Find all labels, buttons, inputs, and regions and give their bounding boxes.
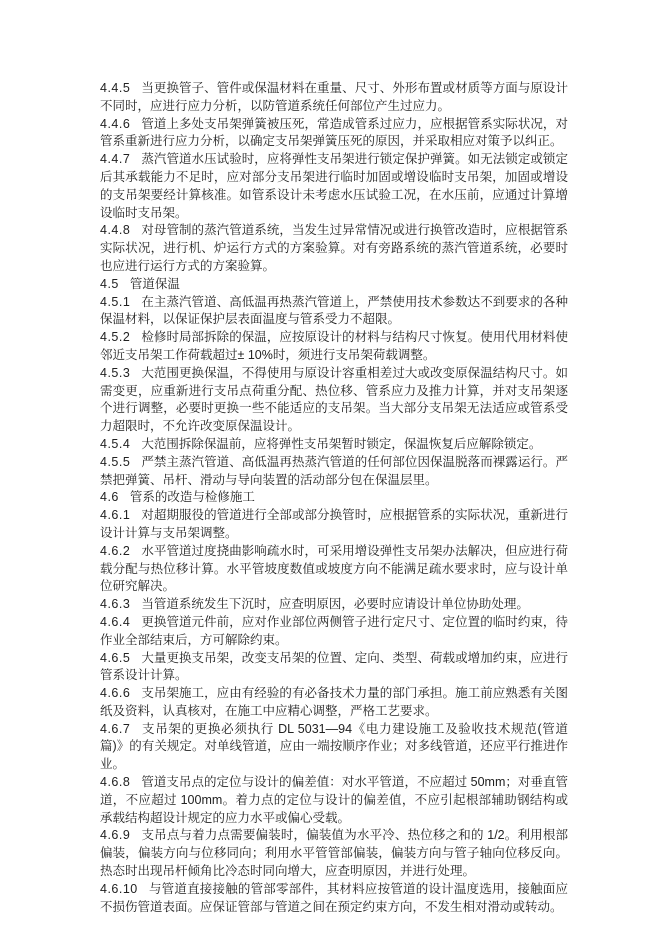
clause-4-6-6: 4.6.6支吊架施工，应由有经验的有必备技术力量的部门承担。施工前应熟悉有关图纸… (100, 685, 568, 721)
clause-text: 管道支吊点的定位与设计的偏差值：对水平管道，不应超过 50mm；对垂直管道，不应… (100, 775, 568, 825)
clause-text: 严禁主蒸汽管道、高低温再热蒸汽管道的任何部位因保温脱落而裸露运行。严禁把弹簧、吊… (100, 455, 568, 487)
clause-4-5-4: 4.5.4大范围拆除保温前，应将弹性支吊架暂时锁定，保温恢复后应解除锁定。 (100, 436, 568, 454)
clause-4-6-1: 4.6.1对超期服役的管道进行全部或部分换管时，应根据管系的实际状况，重新进行设… (100, 507, 568, 543)
clause-text: 在主蒸汽管道、高低温再热蒸汽管道上，严禁使用技术参数达不到要求的各种保温材料，以… (100, 295, 568, 327)
clause-text: 大量更换支吊架，改变支吊架的位置、定向、类型、荷载或增加约束，应进行管系设计计算… (100, 651, 568, 683)
clause-4-6-7: 4.6.7支吊架的更换必须执行 DL 5031—94《电力建设施工及验收技术规范… (100, 721, 568, 774)
clause-number: 4.6.3 (100, 596, 130, 614)
clause-4-6-2: 4.6.2水平管道过度挠曲影响疏水时，可采用增设弹性支吊架办法解决，但应进行荷载… (100, 543, 568, 596)
clause-text: 当管道系统发生下沉时，应查明原因，必要时应请设计单位协助处理。 (141, 597, 529, 611)
clause-text: 大范围更换保温，不得使用与原设计容重相差过大或改变原保温结构尺寸。如需变更，应重… (100, 366, 568, 433)
section-number: 4.6 (100, 489, 119, 507)
clause-4-6-5: 4.6.5大量更换支吊架，改变支吊架的位置、定向、类型、荷载或增加约束，应进行管… (100, 650, 568, 686)
clause-4-6-3: 4.6.3当管道系统发生下沉时，应查明原因，必要时应请设计单位协助处理。 (100, 596, 568, 614)
clause-text: 蒸汽管道水压试验时，应将弹性支吊架进行锁定保护弹簧。如无法锁定或锁定后其承载能力… (100, 152, 568, 219)
clause-4-6-10: 4.6.10与管道直接接触的管部零部件，其材料应按管道的设计温度选用，接触面应不… (100, 881, 568, 917)
clause-4-6-9: 4.6.9支吊点与着力点需要偏装时，偏装值为水平冷、热位移之和的 1/2。利用根… (100, 827, 568, 880)
clause-number: 4.6.2 (100, 543, 130, 561)
clause-number: 4.6.8 (100, 774, 130, 792)
clause-text: 支吊点与着力点需要偏装时，偏装值为水平冷、热位移之和的 1/2。利用根部偏装，偏… (100, 828, 568, 878)
clause-4-5-2: 4.5.2检修时局部拆除的保温，应按原设计的材料与结构尺寸恢复。使用代用材料使邻… (100, 329, 568, 365)
clause-text: 检修时局部拆除的保温，应按原设计的材料与结构尺寸恢复。使用代用材料使邻近支吊架工… (100, 330, 568, 362)
clause-4-5-3: 4.5.3大范围更换保温，不得使用与原设计容重相差过大或改变原保温结构尺寸。如需… (100, 365, 568, 436)
clause-4-4-5: 4.4.5当更换管子、管件或保温材料在重量、尺寸、外形布置或材质等方面与原设计不… (100, 80, 568, 116)
clause-text: 对母管制的蒸汽管道系统，当发生过异常情况或进行换管改造时，应根据管系实际状况，进… (100, 223, 568, 273)
clause-number: 4.4.6 (100, 116, 130, 134)
clause-number: 4.4.5 (100, 80, 130, 98)
clause-number: 4.6.6 (100, 685, 130, 703)
clause-4-6-8: 4.6.8管道支吊点的定位与设计的偏差值：对水平管道，不应超过 50mm；对垂直… (100, 774, 568, 827)
section-title: 管道保温 (130, 277, 180, 291)
clause-text: 与管道直接接触的管部零部件，其材料应按管道的设计温度选用，接触面应不损伤管道表面… (100, 882, 568, 914)
clause-4-4-6: 4.4.6管道上多处支吊架弹簧被压死，常造成管系过应力，应根据管系实际状况，对管… (100, 116, 568, 152)
clause-number: 4.5.1 (100, 294, 130, 312)
clause-number: 4.6.4 (100, 614, 130, 632)
clause-number: 4.6.5 (100, 650, 130, 668)
clause-number: 4.6.7 (100, 721, 130, 739)
clause-number: 4.4.8 (100, 222, 130, 240)
clause-text: 水平管道过度挠曲影响疏水时，可采用增设弹性支吊架办法解决，但应进行荷载分配与热位… (100, 544, 568, 594)
clause-number: 4.6.10 (100, 881, 138, 899)
clause-number: 4.5.2 (100, 329, 130, 347)
clause-number: 4.4.7 (100, 151, 130, 169)
clause-4-5-5: 4.5.5严禁主蒸汽管道、高低温再热蒸汽管道的任何部位因保温脱落而裸露运行。严禁… (100, 454, 568, 490)
clause-text: 管道上多处支吊架弹簧被压死，常造成管系过应力，应根据管系实际状况，对管系重新进行… (100, 117, 568, 149)
clause-4-6-4: 4.6.4更换管道元件前，应对作业部位两侧管子进行定尺寸、定位置的临时约束，待作… (100, 614, 568, 650)
document-page: 4.4.5当更换管子、管件或保温材料在重量、尺寸、外形布置或材质等方面与原设计不… (0, 0, 662, 936)
document-text-block: 4.4.5当更换管子、管件或保温材料在重量、尺寸、外形布置或材质等方面与原设计不… (100, 80, 568, 916)
clause-number: 4.5.3 (100, 365, 130, 383)
section-number: 4.5 (100, 276, 119, 294)
clause-text: 大范围拆除保温前，应将弹性支吊架暂时锁定，保温恢复后应解除锁定。 (141, 437, 541, 451)
clause-number: 4.6.9 (100, 827, 130, 845)
clause-number: 4.6.1 (100, 507, 130, 525)
clause-text: 支吊架的更换必须执行 DL 5031—94《电力建设施工及验收技术规范(管道篇)… (100, 722, 568, 772)
clause-4-5-1: 4.5.1在主蒸汽管道、高低温再热蒸汽管道上，严禁使用技术参数达不到要求的各种保… (100, 294, 568, 330)
clause-4-4-8: 4.4.8对母管制的蒸汽管道系统，当发生过异常情况或进行换管改造时，应根据管系实… (100, 222, 568, 275)
section-heading-4-5: 4.5管道保温 (100, 276, 568, 294)
clause-text: 更换管道元件前，应对作业部位两侧管子进行定尺寸、定位置的临时约束，待作业全部结束… (100, 615, 568, 647)
clause-number: 4.5.5 (100, 454, 130, 472)
clause-text: 支吊架施工，应由有经验的有必备技术力量的部门承担。施工前应熟悉有关图纸及资料，认… (100, 686, 568, 718)
clause-number: 4.5.4 (100, 436, 130, 454)
section-heading-4-6: 4.6管系的改造与检修施工 (100, 489, 568, 507)
clause-text: 对超期服役的管道进行全部或部分换管时，应根据管系的实际状况，重新进行设计计算与支… (100, 508, 568, 540)
clause-4-4-7: 4.4.7蒸汽管道水压试验时，应将弹性支吊架进行锁定保护弹簧。如无法锁定或锁定后… (100, 151, 568, 222)
section-title: 管系的改造与检修施工 (130, 490, 255, 504)
clause-text: 当更换管子、管件或保温材料在重量、尺寸、外形布置或材质等方面与原设计不同时，应进… (100, 81, 568, 113)
